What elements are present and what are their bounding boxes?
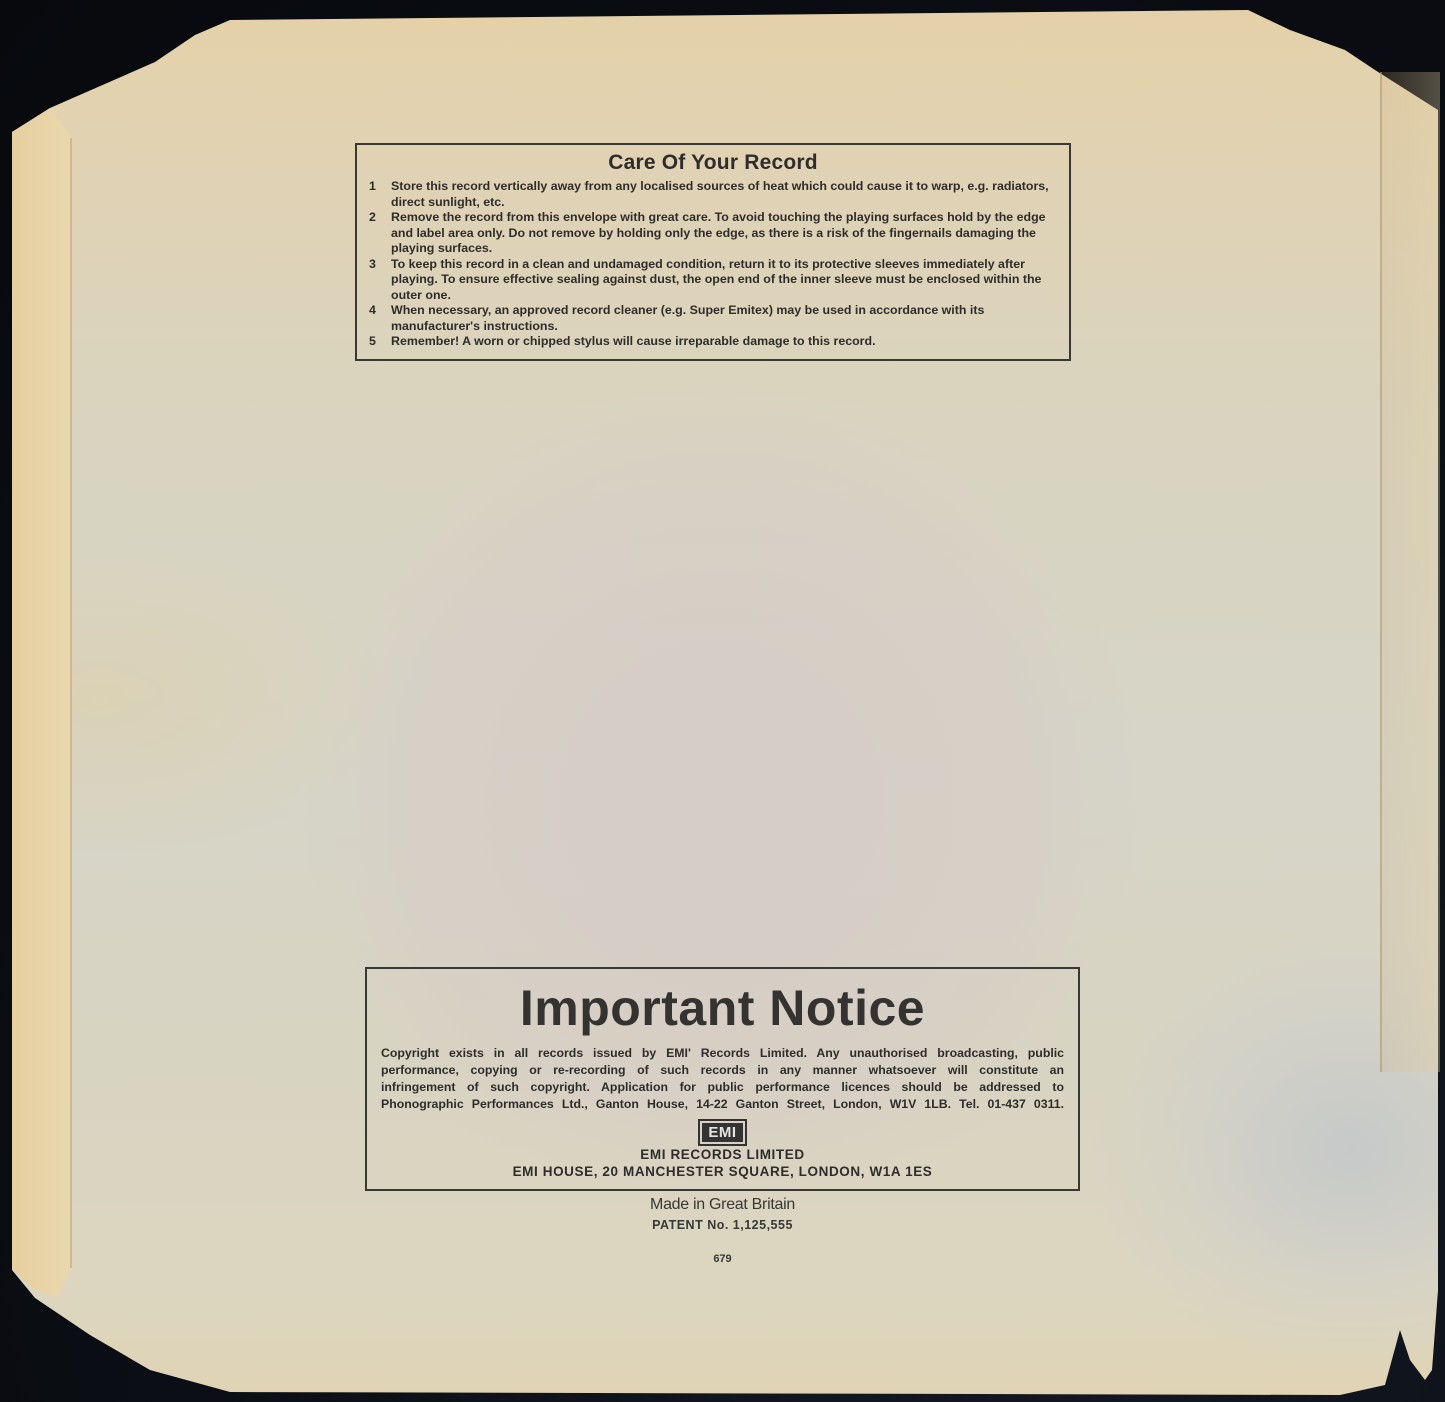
care-item-number: 3 <box>367 257 391 304</box>
care-item: 4 When necessary, an approved record cle… <box>367 303 1059 334</box>
notice-body-line: infringement of such copyright. Applicat… <box>381 1079 1064 1096</box>
care-title: Care Of Your Record <box>367 151 1059 175</box>
care-item-number: 2 <box>367 210 391 257</box>
care-item: 2 Remove the record from this envelope w… <box>367 210 1059 257</box>
emi-logo-icon: EMI <box>698 1119 746 1146</box>
notice-body: Copyright exists in all records issued b… <box>381 1045 1064 1113</box>
care-list: 1 Store this record vertically away from… <box>367 179 1059 350</box>
patent-number: PATENT No. 1,125,555 <box>365 1218 1080 1232</box>
care-item-text: Remember! A worn or chipped stylus will … <box>391 334 1059 350</box>
right-fold-edge <box>1380 72 1440 1072</box>
care-item: 1 Store this record vertically away from… <box>367 179 1059 210</box>
company-name: EMI RECORDS LIMITED <box>381 1146 1064 1163</box>
care-item-text: To keep this record in a clean and undam… <box>391 257 1059 304</box>
care-item: 3 To keep this record in a clean and und… <box>367 257 1059 304</box>
made-in-label: Made in Great Britain <box>365 1196 1080 1214</box>
care-item-number: 5 <box>367 334 391 350</box>
care-item-number: 4 <box>367 303 391 334</box>
care-item-text: Store this record vertically away from a… <box>391 179 1059 210</box>
care-item-number: 1 <box>367 179 391 210</box>
left-glued-flap <box>12 108 73 1298</box>
notice-title: Important Notice <box>381 977 1064 1039</box>
emi-logo-text: EMI <box>702 1123 742 1142</box>
company-address: EMI HOUSE, 20 MANCHESTER SQUARE, LONDON,… <box>381 1163 1064 1180</box>
notice-body-line: Copyright exists in all records issued b… <box>381 1045 1064 1062</box>
care-item: 5 Remember! A worn or chipped stylus wil… <box>367 334 1059 350</box>
notice-body-line: performance, copying or re-recording of … <box>381 1062 1064 1079</box>
care-instructions-box: Care Of Your Record 1 Store this record … <box>355 143 1071 361</box>
care-item-text: When necessary, an approved record clean… <box>391 303 1059 334</box>
important-notice-box: Important Notice Copyright exists in all… <box>365 967 1080 1191</box>
notice-body-line: Phonographic Performances Ltd., Ganton H… <box>381 1096 1064 1113</box>
print-code: 679 <box>365 1253 1080 1265</box>
care-item-text: Remove the record from this envelope wit… <box>391 210 1059 257</box>
